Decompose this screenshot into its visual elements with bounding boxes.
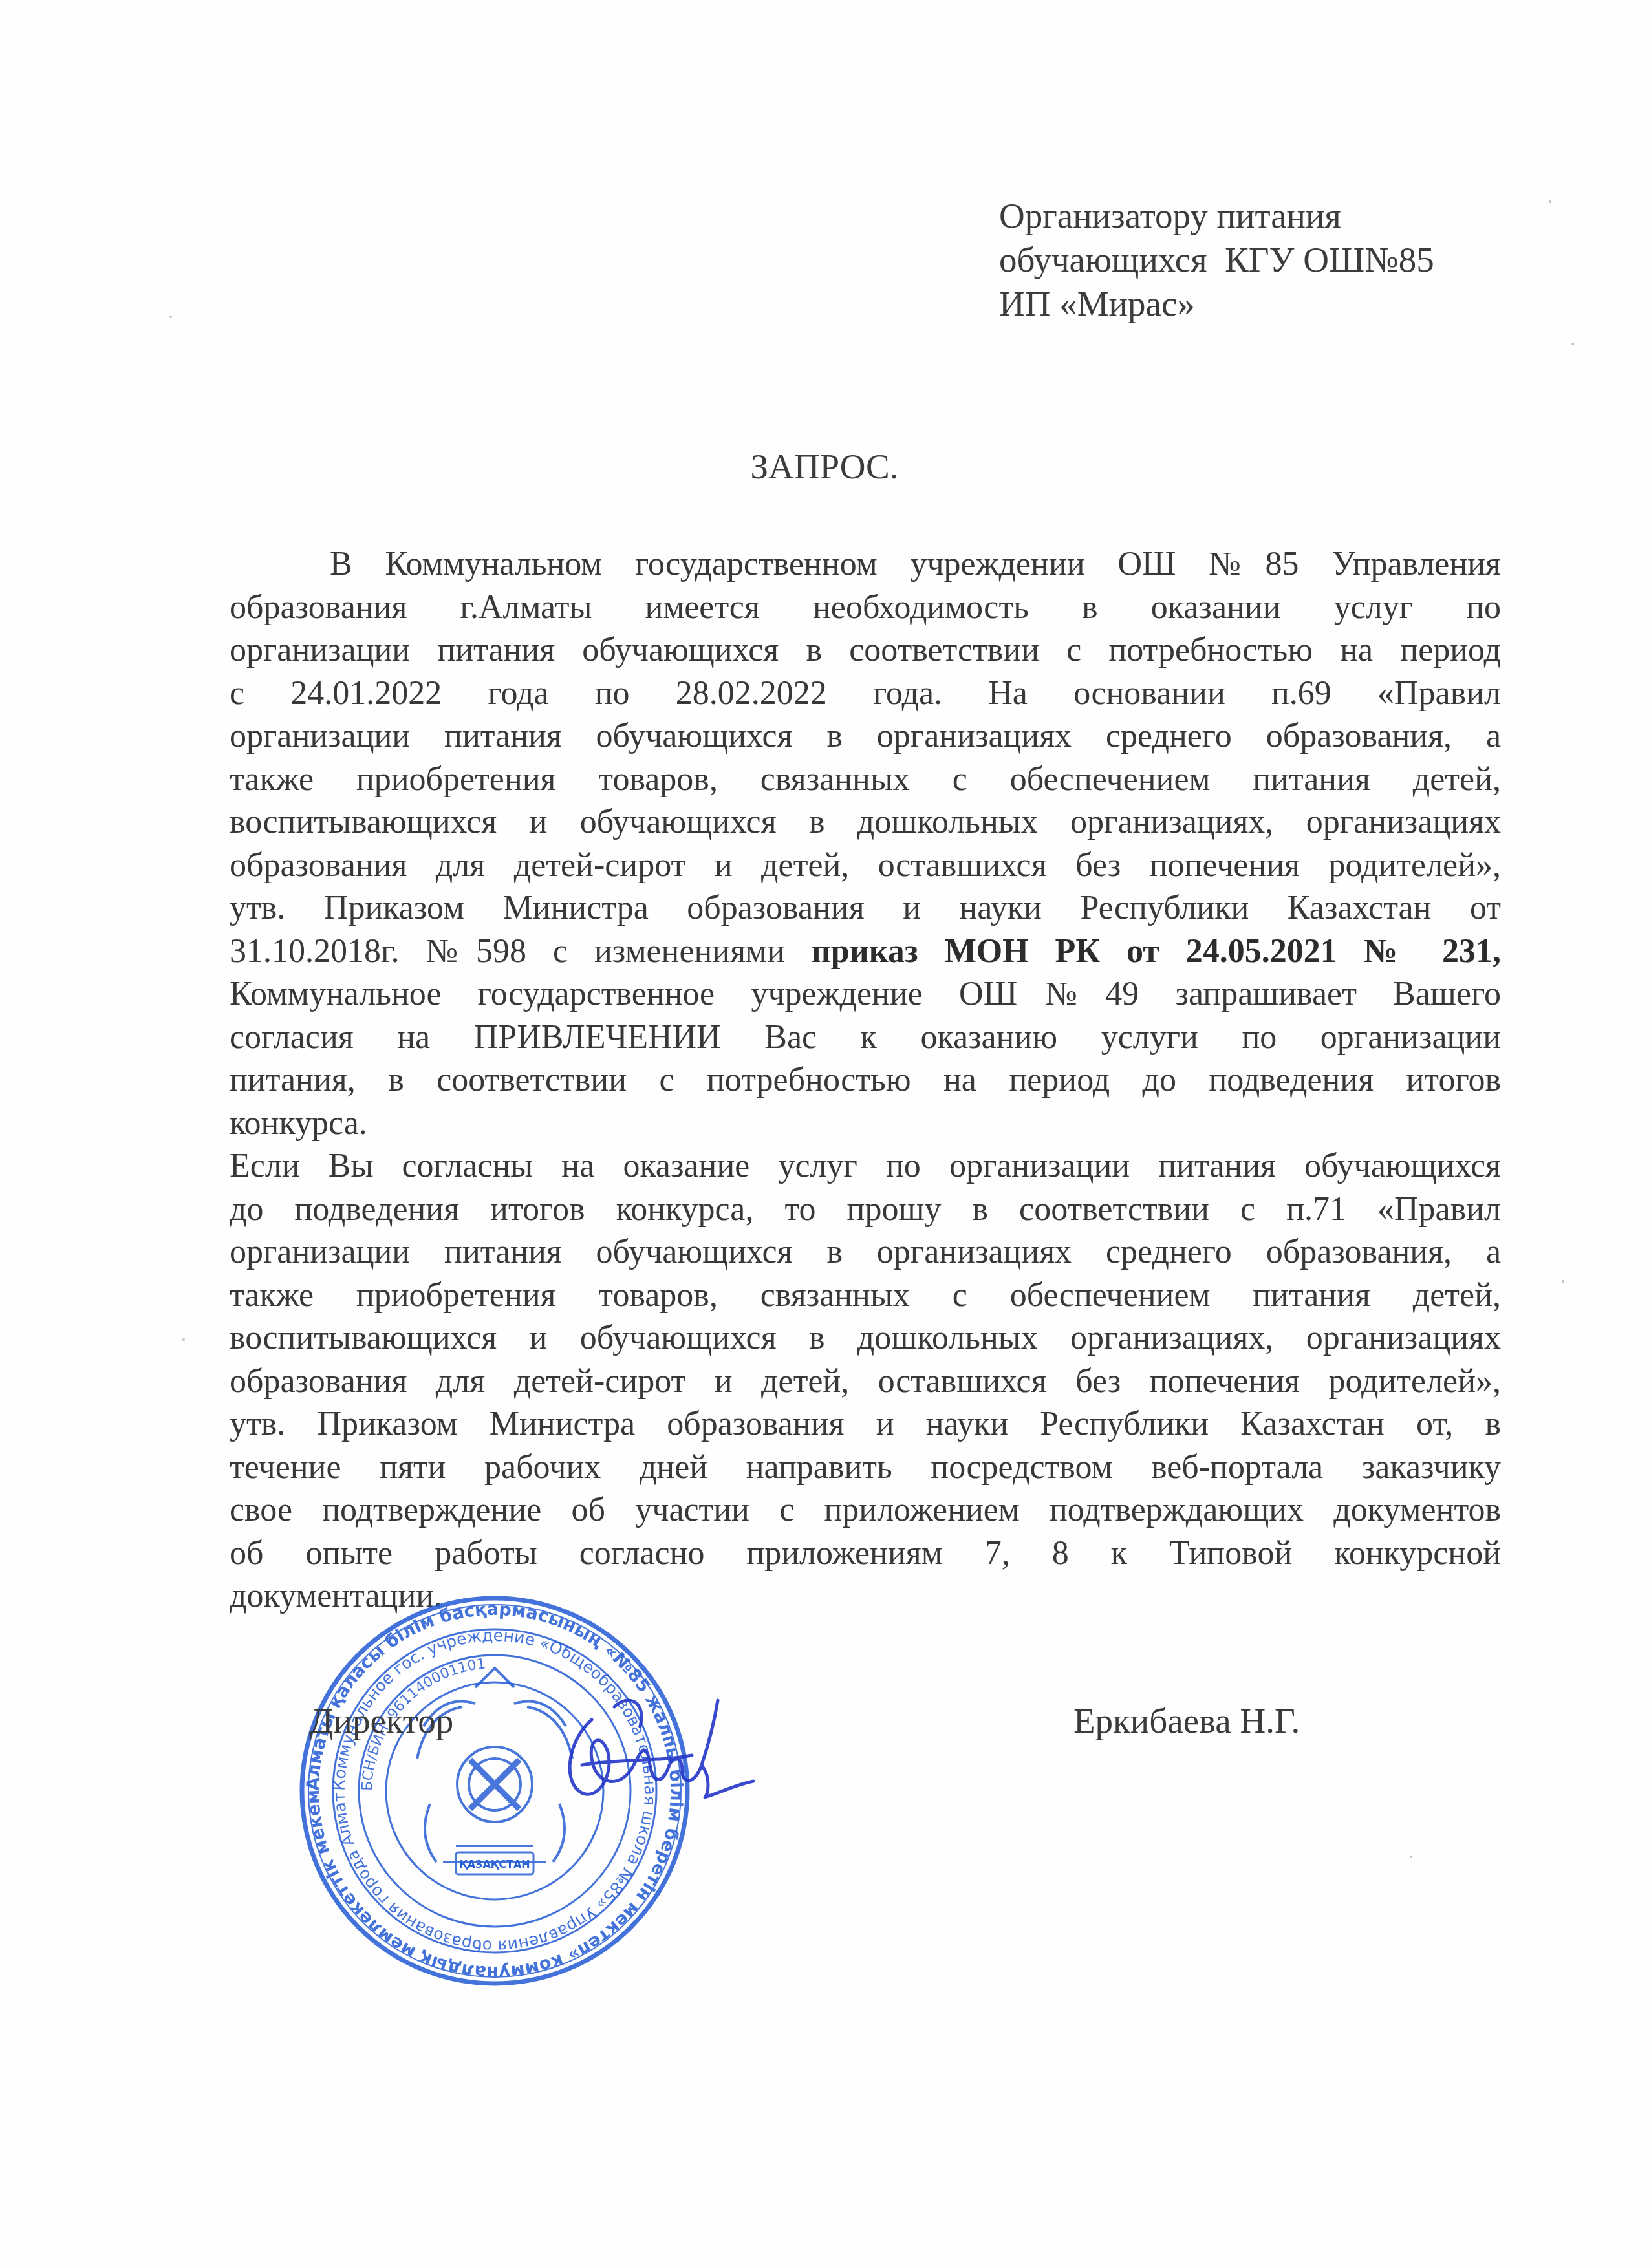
addressee-line-2: обучающихся КГУ ОШ№85 (999, 238, 1434, 282)
text-line-with-order-reference: 31.10.2018г. №598 с изменениями приказ М… (230, 930, 1501, 974)
text-line: воспитывающихся и обучающихся в дошкольн… (230, 1317, 1501, 1360)
text-line: также приобретения товаров, связанных с … (230, 758, 1501, 802)
document-body: В Коммунальном государственном учреждени… (230, 543, 1501, 1618)
text-line: образования для детей-сирот и детей, ост… (230, 1360, 1501, 1404)
text-line: образования для детей-сирот и детей, ост… (230, 844, 1501, 888)
order-reference-comma: , (1493, 933, 1501, 970)
paragraph-2: Если Вы согласны на оказание услуг по ор… (230, 1145, 1501, 1618)
text-line: организации питания обучающихся в органи… (230, 1231, 1501, 1274)
signature-row: Директор Еркибаева Н.Г. (0, 1700, 1649, 1752)
text-line: с 24.01.2022 года по 28.02.2022 года. На… (230, 672, 1501, 716)
order-reference-bold: приказ МОН РК от 24.05.2021 № 231 (812, 933, 1493, 970)
text-line: свое подтверждение об участии с приложен… (230, 1489, 1501, 1532)
addressee-line-1: Организатору питания (999, 194, 1434, 238)
text-line: утв. Приказом Министра образования и нау… (230, 887, 1501, 930)
text-line: воспитывающихся и обучающихся в дошкольн… (230, 801, 1501, 844)
text-line: утв. Приказом Министра образования и нау… (230, 1403, 1501, 1446)
scan-speck (1562, 1280, 1564, 1283)
text-line: также приобретения товаров, связанных с … (230, 1274, 1501, 1318)
text-line: организации питания обучающихся в органи… (230, 715, 1501, 758)
scan-speck (182, 1338, 185, 1341)
document-title: ЗАПРОС. (750, 446, 898, 487)
scan-speck (1549, 200, 1551, 203)
text-line: образования г.Алматы имеется необходимос… (230, 586, 1501, 630)
text-line: до подведения итогов конкурса, то прошу … (230, 1188, 1501, 1232)
scan-speck (169, 316, 172, 318)
text-line: Коммунальное государственное учреждение … (230, 973, 1501, 1016)
document-page: Организатору питания обучающихся КГУ ОШ№… (0, 0, 1649, 2268)
text-line: согласия на ПРИВЛЕЧЕНИИ Вас к оказанию у… (230, 1016, 1501, 1060)
text-line: организации питания обучающихся в соотве… (230, 629, 1501, 672)
order-prefix: 31.10.2018г. №598 с изменениями (230, 933, 785, 970)
svg-text:ҚАЗАҚСТАН: ҚАЗАҚСТАН (459, 1858, 530, 1870)
addressee-line-3: ИП «Мирас» (999, 282, 1434, 326)
text-line: течение пяти рабочих дней направить поср… (230, 1446, 1501, 1490)
text-line: конкурса. (230, 1102, 1501, 1146)
text-line: об опыте работы согласно приложениям 7, … (230, 1532, 1501, 1576)
scan-speck (1571, 343, 1574, 345)
text-line: питания, в соответствии с потребностью н… (230, 1059, 1501, 1102)
document-title-row: ЗАПРОС. (0, 446, 1649, 487)
signatory-position: Директор (309, 1700, 453, 1741)
paragraph-1: В Коммунальном государственном учреждени… (230, 543, 1501, 1145)
scan-speck (1410, 1856, 1412, 1858)
signatory-name: Еркибаева Н.Г. (1073, 1700, 1300, 1741)
addressee-block: Организатору питания обучающихся КГУ ОШ№… (999, 194, 1434, 326)
text-line: Если Вы согласны на оказание услуг по ор… (230, 1145, 1501, 1188)
text-line: В Коммунальном государственном учреждени… (230, 543, 1501, 586)
